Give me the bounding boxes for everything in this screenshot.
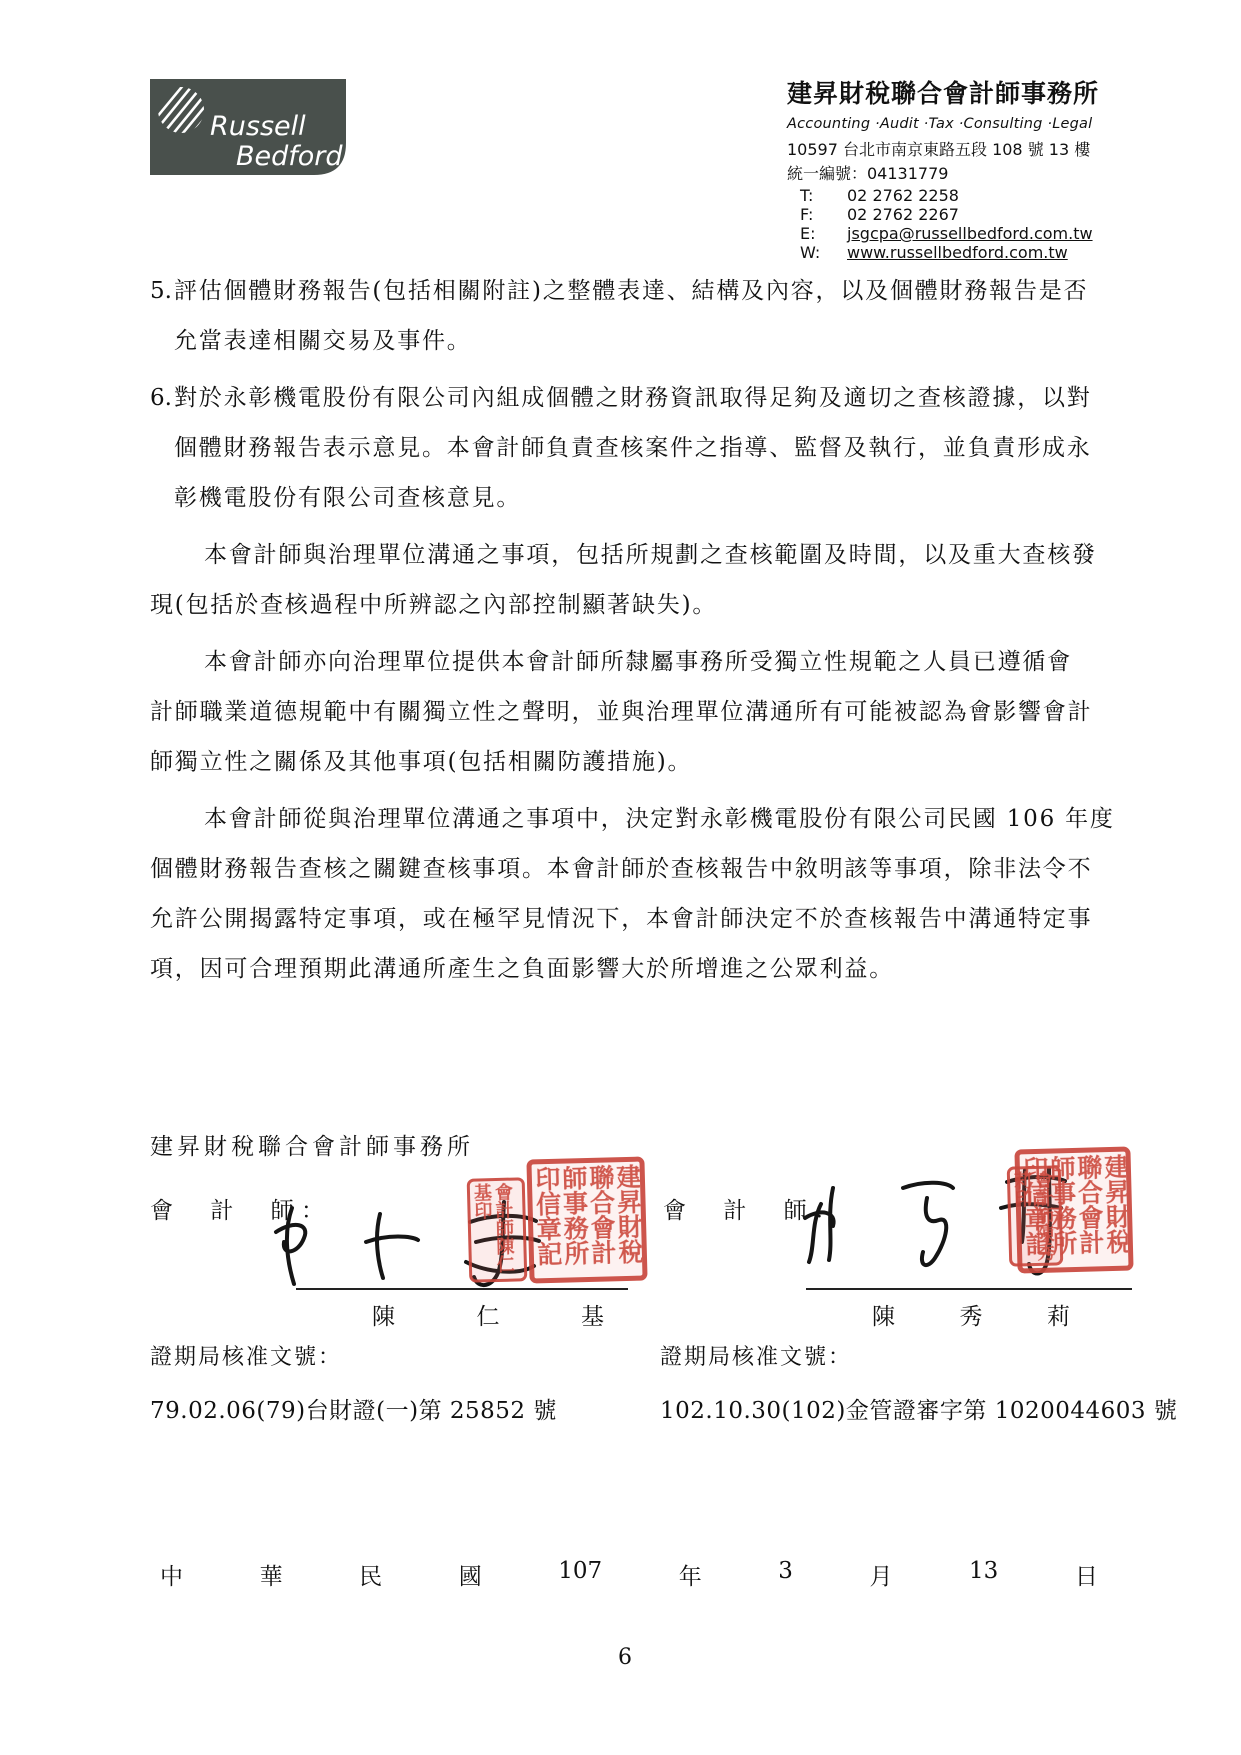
text-line: 評估個體財務報告(包括相關附註)之整體表達、結構及內容，以及個體財務報告是否: [174, 266, 1108, 316]
name-char: 仁: [477, 1298, 500, 1331]
date-part-month: 3: [778, 1558, 793, 1591]
contact-row-email: E: jsgcpa@russellbedford.com.tw: [787, 224, 1117, 243]
approval-number-left: 79.02.06(79)台財證(一)第 25852 號: [150, 1392, 557, 1425]
contact-row-phone: T: 02 2762 2258: [787, 186, 1117, 205]
fax-label: F:: [787, 205, 847, 224]
item-6-number: 6.: [150, 373, 172, 423]
website-link[interactable]: www.russellbedford.com.tw: [847, 243, 1068, 262]
signature-line-right: [806, 1288, 1132, 1290]
text-line: 本會計師與治理單位溝通之事項，包括所規劃之查核範圍及時間，以及重大查核發: [150, 530, 1108, 580]
phone-label: T:: [787, 186, 847, 205]
contact-row-website: W: www.russellbedford.com.tw: [787, 243, 1117, 262]
firm-tax-id: 統一編號：04131779: [787, 161, 1117, 184]
numbered-item-6: 6. 對於永彰機電股份有限公司內組成個體之財務資訊取得足夠及適切之查核證據，以對…: [150, 373, 1108, 523]
date-part: 華: [260, 1558, 283, 1591]
contact-row-fax: F: 02 2762 2267: [787, 205, 1117, 224]
label-char: 會: [663, 1192, 686, 1225]
paragraph-communication: 本會計師與治理單位溝通之事項，包括所規劃之查核範圍及時間，以及重大查核發 現(包…: [150, 530, 1108, 630]
name-char: 莉: [1047, 1298, 1070, 1331]
firm-address: 10597 台北市南京東路五段 108 號 13 樓: [787, 137, 1117, 160]
approval-number-right: 102.10.30(102)金管證審字第 1020044603 號: [660, 1392, 1177, 1425]
red-seal-large-right: 建昇財稅聯合會計師事務所印信章記: [1014, 1147, 1133, 1274]
logo-graphic: Russell Bedford: [150, 79, 346, 175]
date-part: 日: [1075, 1558, 1098, 1591]
website-label: W:: [787, 243, 847, 262]
letterhead-firm-block: 建昇財稅聯合會計師事務所 Accounting ·Audit ·Tax ·Con…: [787, 74, 1117, 262]
numbered-item-5: 5. 評估個體財務報告(包括相關附註)之整體表達、結構及內容，以及個體財務報告是…: [150, 266, 1108, 366]
printed-name-left: 陳 仁 基: [372, 1298, 604, 1331]
date-part-day: 13: [969, 1558, 998, 1591]
signature-line-left: [296, 1288, 628, 1290]
date-part: 月: [869, 1558, 892, 1591]
date-part-year: 107: [558, 1558, 602, 1591]
label-char: 會: [150, 1192, 173, 1225]
date-part: 國: [459, 1558, 482, 1591]
logo-text-line1: Russell: [210, 111, 306, 142]
red-seal-small-left: 會計師陳仁基印: [467, 1177, 528, 1282]
signature-firm-name: 建昇財稅聯合會計師事務所: [150, 1128, 474, 1161]
seal-text: 建昇財稅聯合會計師事務所印信章記: [1020, 1152, 1133, 1269]
contact-table: T: 02 2762 2258 F: 02 2762 2267 E: jsgcp…: [787, 186, 1117, 262]
roc-date-line: 中 華 民 國 107 年 3 月 13 日: [160, 1558, 1098, 1591]
fax-value: 02 2762 2267: [847, 205, 959, 224]
text-line: 計師職業道德規範中有關獨立性之聲明，並與治理單位溝通所有可能被認為會影響會計: [150, 687, 1108, 737]
paragraph-independence: 本會計師亦向治理單位提供本會計師所隸屬事務所受獨立性規範之人員已遵循會 計師職業…: [150, 637, 1108, 787]
text-line: 本會計師從與治理單位溝通之事項中，決定對永彰機電股份有限公司民國 106 年度: [150, 794, 1108, 844]
label-char: 計: [723, 1192, 746, 1225]
date-part: 民: [359, 1558, 382, 1591]
date-part: 年: [679, 1558, 702, 1591]
firm-name-zh: 建昇財稅聯合會計師事務所: [787, 74, 1117, 110]
name-char: 陳: [872, 1298, 895, 1331]
phone-value: 02 2762 2258: [847, 186, 959, 205]
seal-text: 建昇財稅聯合會計師事務所印信章記: [532, 1162, 645, 1279]
audit-report-page: Russell Bedford 建昇財稅聯合會計師事務所 Accounting …: [0, 0, 1241, 1755]
text-line: 師獨立性之關係及其他事項(包括相關防護措施)。: [150, 737, 1108, 787]
printed-name-right: 陳 秀 莉: [872, 1298, 1070, 1331]
label-char: 計: [210, 1192, 233, 1225]
russell-bedford-logo: Russell Bedford: [150, 79, 346, 175]
text-line: 現(包括於查核過程中所辨認之內部控制顯著缺失)。: [150, 580, 1108, 630]
name-char: 陳: [372, 1298, 395, 1331]
item-5-number: 5.: [150, 266, 172, 316]
email-label: E:: [787, 224, 847, 243]
text-line: 彰機電股份有限公司查核意見。: [174, 473, 1108, 523]
approval-label-right: 證期局核准文號：: [660, 1340, 852, 1371]
seal-text: 會計師陳仁基印: [470, 1181, 517, 1280]
text-line: 個體財務報告查核之關鍵查核事項。本會計師於查核報告中敘明該等事項，除非法令不: [150, 844, 1108, 894]
approval-label-left: 證期局核准文號：: [150, 1340, 342, 1371]
logo-text-line2: Bedford: [236, 141, 343, 172]
red-seal-large-left: 建昇財稅聯合會計師事務所印信章記: [526, 1156, 647, 1283]
name-char: 基: [581, 1298, 604, 1331]
text-line: 本會計師亦向治理單位提供本會計師所隸屬事務所受獨立性規範之人員已遵循會: [150, 637, 1108, 687]
text-line: 項，因可合理預期此溝通所產生之負面影響大於所增進之公眾利益。: [150, 944, 1108, 994]
name-char: 秀: [960, 1298, 983, 1331]
report-body: 5. 評估個體財務報告(包括相關附註)之整體表達、結構及內容，以及個體財務報告是…: [150, 266, 1108, 1001]
date-part: 中: [160, 1558, 183, 1591]
text-line: 允許公開揭露特定事項，或在極罕見情況下，本會計師決定不於查核報告中溝通特定事: [150, 894, 1108, 944]
text-line: 個體財務報告表示意見。本會計師負責查核案件之指導、監督及執行，並負責形成永: [174, 423, 1108, 473]
email-link[interactable]: jsgcpa@russellbedford.com.tw: [847, 224, 1093, 243]
firm-tagline: Accounting ·Audit ·Tax ·Consulting ·Lega…: [787, 116, 1117, 132]
text-line: 允當表達相關交易及事件。: [174, 316, 1108, 366]
paragraph-key-audit-matters: 本會計師從與治理單位溝通之事項中，決定對永彰機電股份有限公司民國 106 年度 …: [150, 794, 1108, 994]
text-line: 對於永彰機電股份有限公司內組成個體之財務資訊取得足夠及適切之查核證據，以對: [174, 373, 1108, 423]
page-number: 6: [618, 1645, 632, 1670]
